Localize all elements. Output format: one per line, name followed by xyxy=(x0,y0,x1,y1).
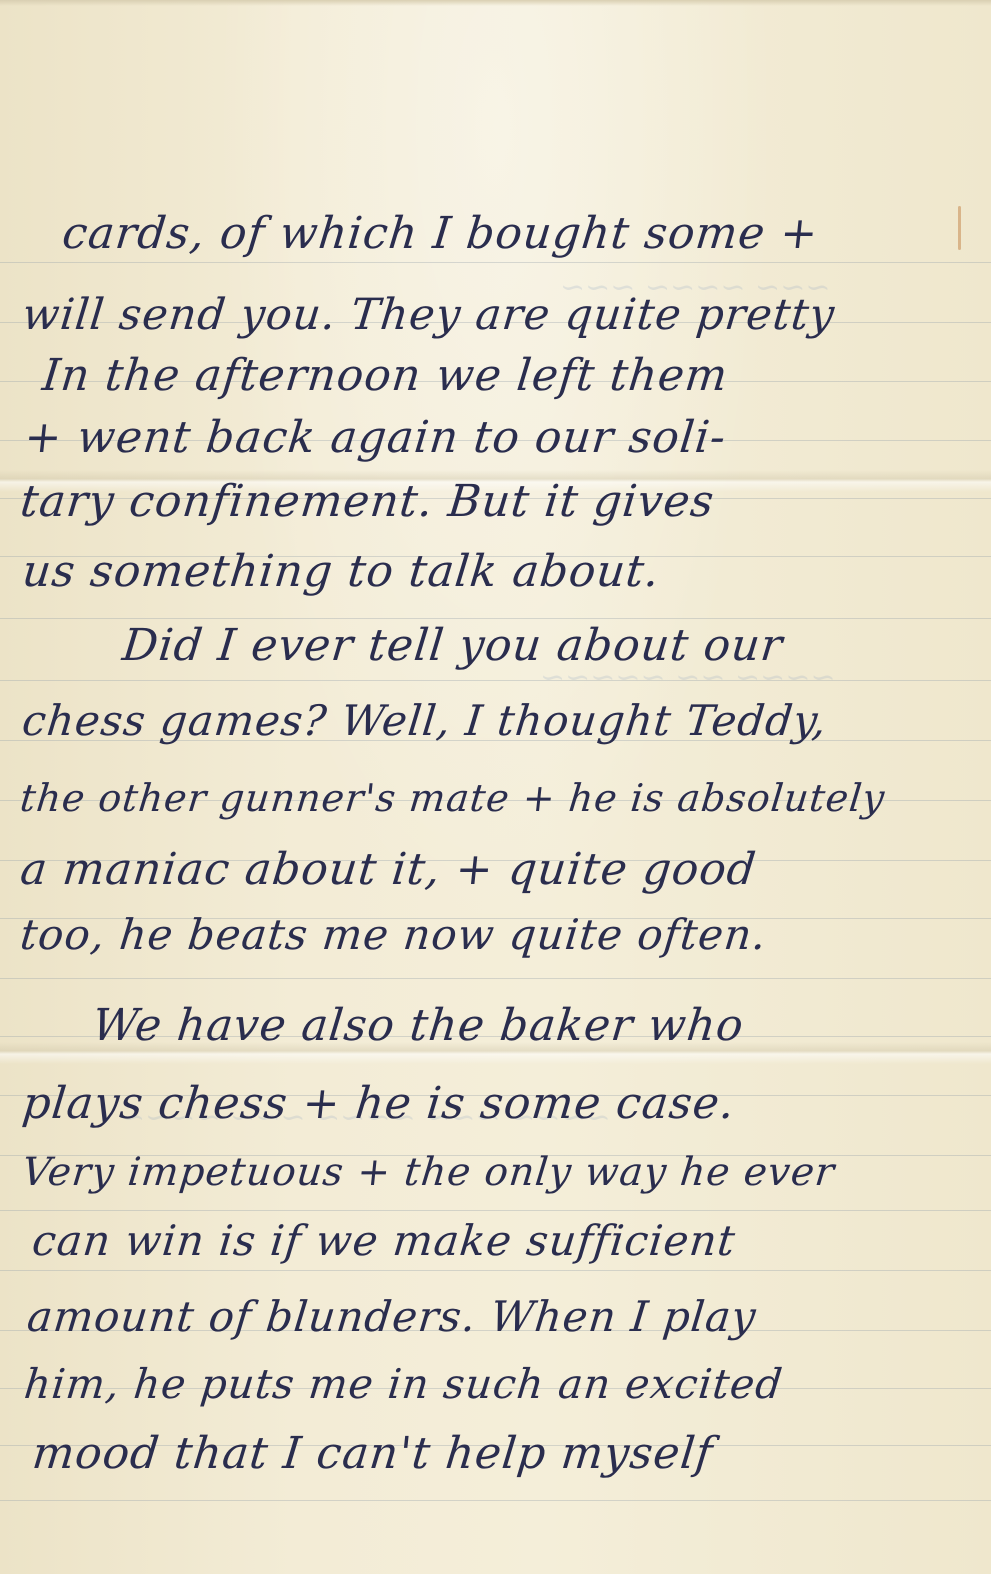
letter-line: mood that I can't help myself xyxy=(30,1428,716,1479)
letter-line: cards, of which I bought some + xyxy=(60,208,821,259)
letter-line: us something to talk about. xyxy=(20,546,662,597)
letter-line: + went back again to our soli- xyxy=(22,412,729,463)
paper-top-edge xyxy=(0,0,991,6)
letter-line: will send you. They are quite pretty xyxy=(20,290,837,340)
letter-line: chess games? Well, I thought Teddy, xyxy=(20,696,829,745)
ruled-line xyxy=(0,978,991,979)
margin-stain xyxy=(958,206,961,250)
letter-line: him, he puts me in such an excited xyxy=(22,1360,785,1408)
ruled-line xyxy=(0,262,991,263)
letter-line: In the afternoon we left them xyxy=(40,350,731,401)
letter-line: tary confinement. But it gives xyxy=(18,476,717,527)
letter-line: plays chess + he is some case. xyxy=(20,1078,738,1129)
ruled-line xyxy=(0,618,991,619)
ruled-line xyxy=(0,1210,991,1211)
letter-line: Did I ever tell you about our xyxy=(120,620,785,671)
letter-line: We have also the baker who xyxy=(90,1000,747,1051)
letter-page: ~~~ ~~~~ ~~~ ~~~~ ~~ ~~~~~ ~~~~ ~~~ ~~~~… xyxy=(0,0,991,1574)
letter-line: amount of blunders. When I play xyxy=(25,1292,759,1341)
ruled-line xyxy=(0,1500,991,1501)
letter-line: a maniac about it, + quite good xyxy=(18,844,759,895)
ruled-line xyxy=(0,680,991,681)
ruled-line xyxy=(0,1270,991,1271)
letter-line: too, he beats me now quite often. xyxy=(18,910,769,959)
letter-line: Very impetuous + the only way he ever xyxy=(20,1150,837,1195)
letter-line: the other gunner's mate + he is absolute… xyxy=(18,776,887,820)
letter-line: can win is if we make sufficient xyxy=(30,1216,738,1265)
